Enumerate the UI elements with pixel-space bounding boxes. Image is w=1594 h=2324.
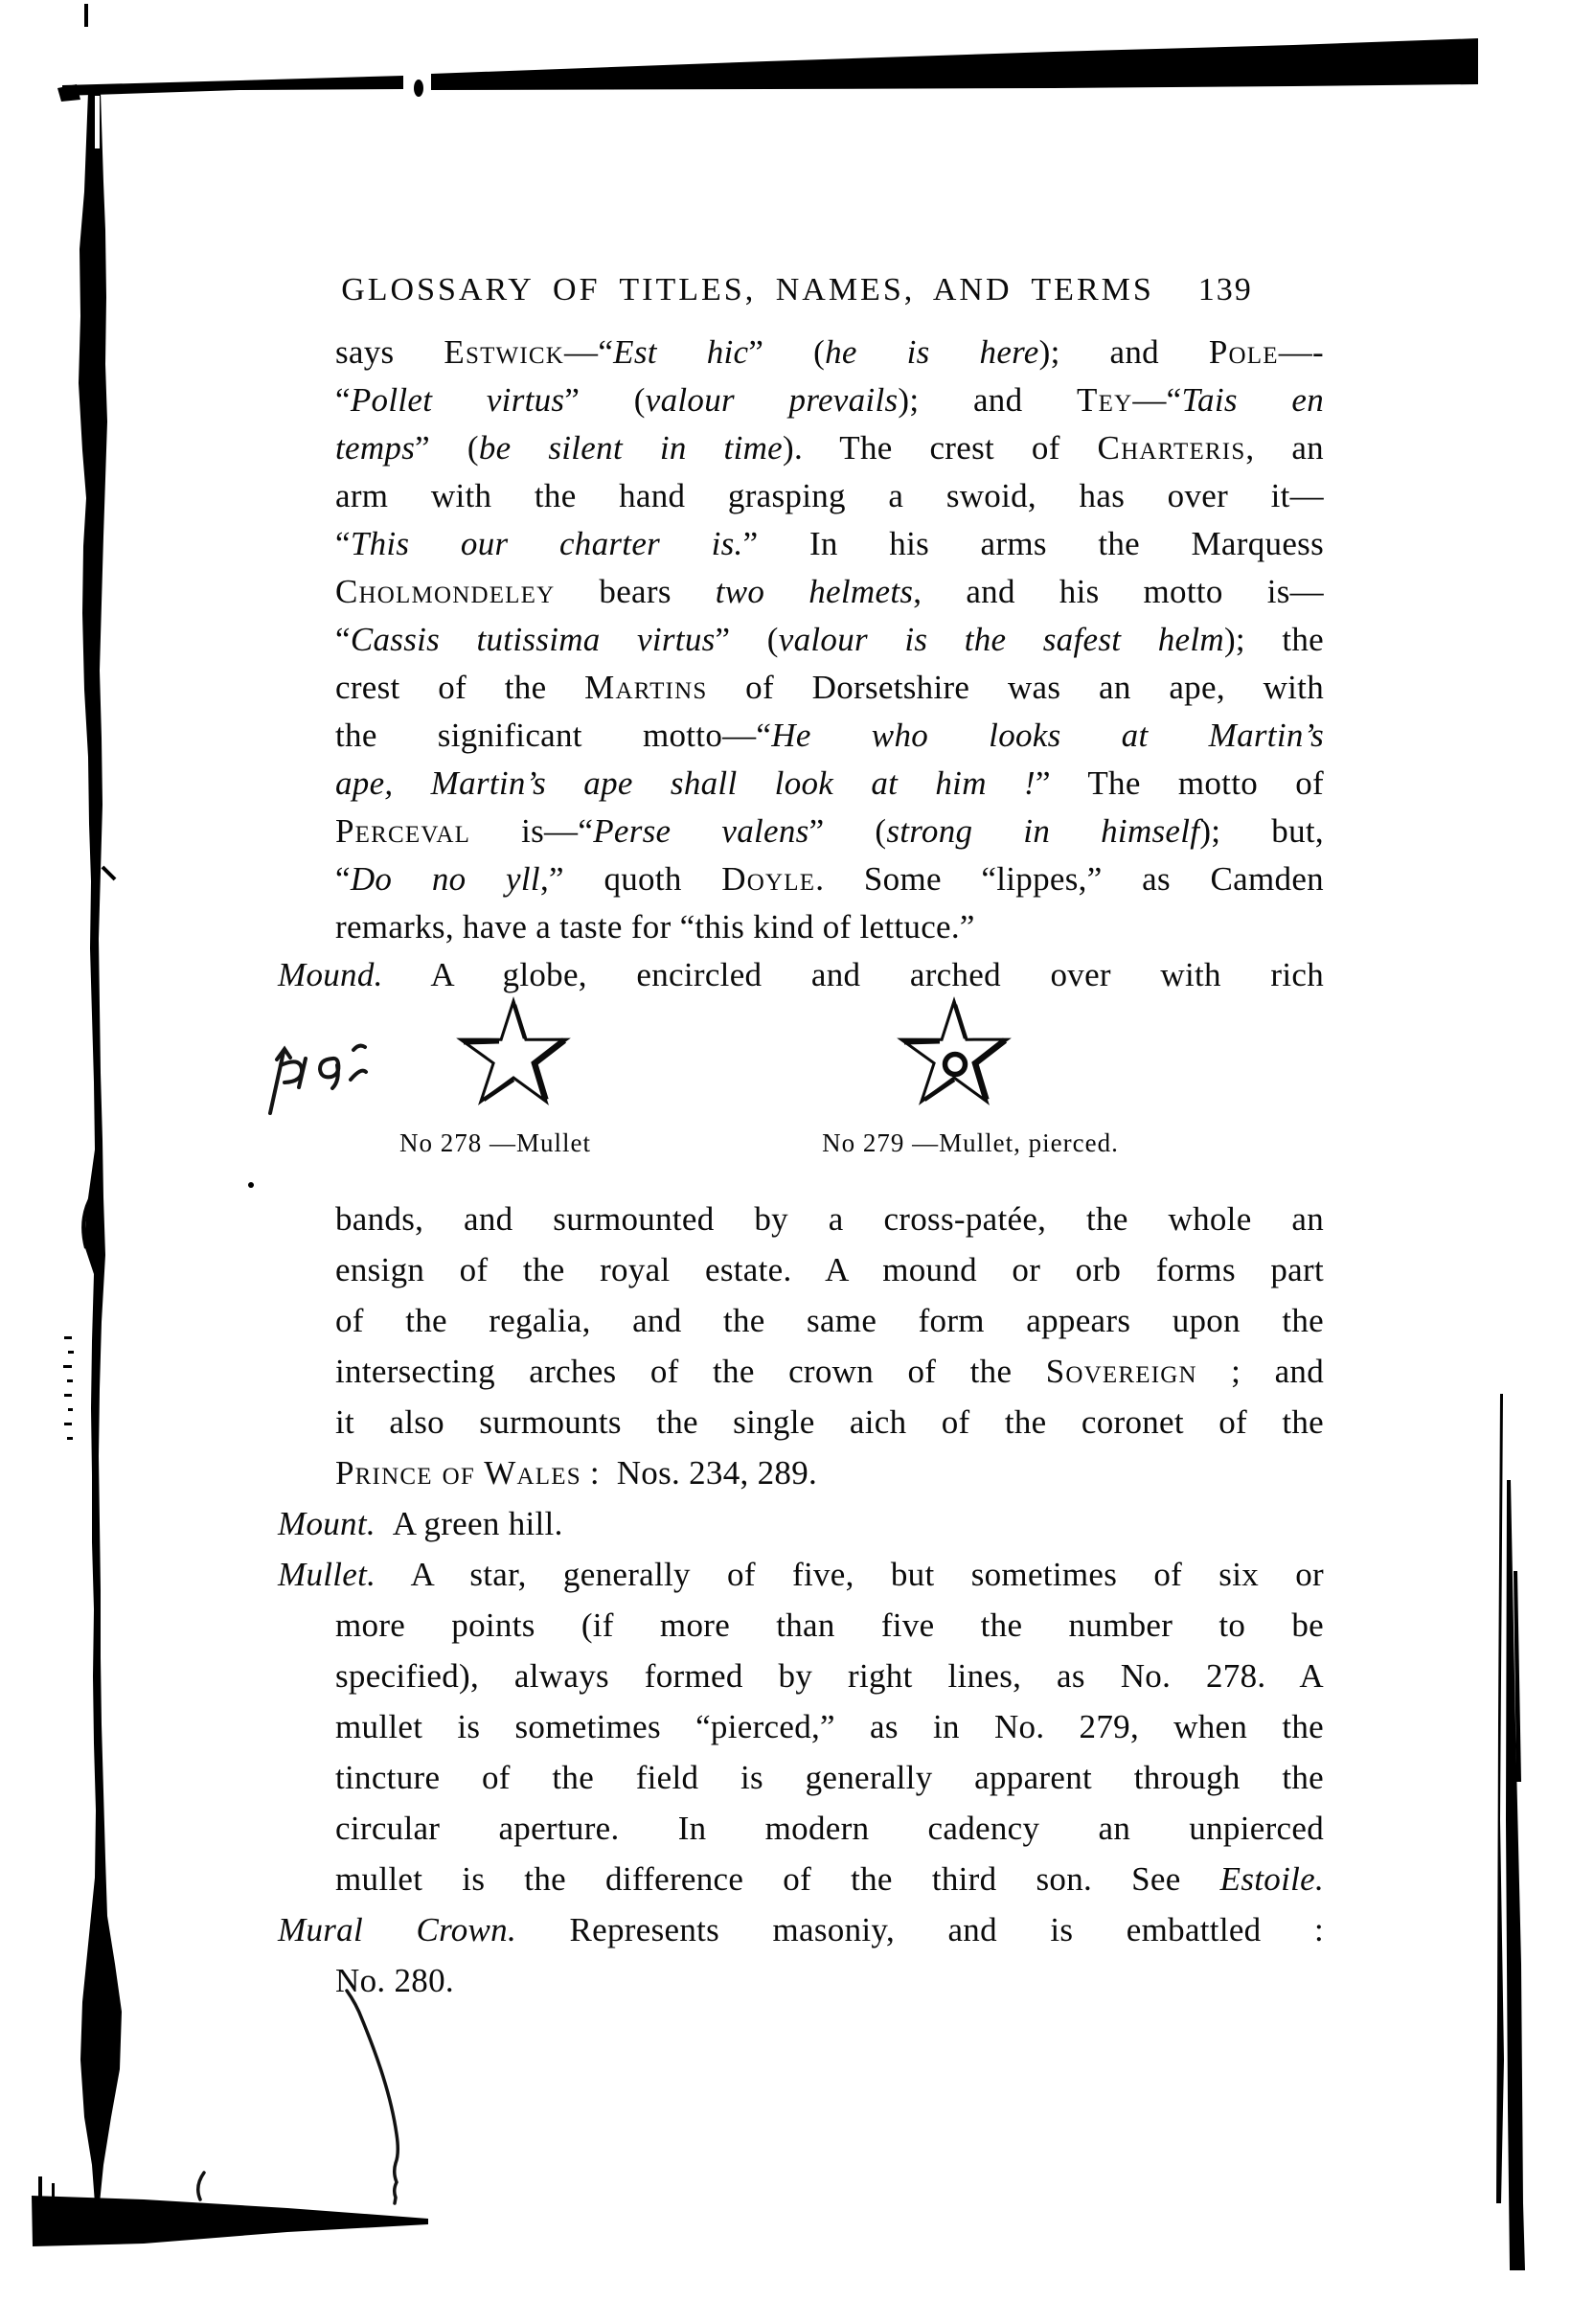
- running-head: GLOSSARY OF TITLES, NAMES, AND TERMS139: [274, 272, 1320, 308]
- scanned-book-page: GLOSSARY OF TITLES, NAMES, AND TERMS139 …: [0, 0, 1594, 2324]
- text-line: Perceval is—“Perse valens” (strong in hi…: [278, 814, 1324, 862]
- paragraph-block-top: says Estwick—“Est hic” (he is here); and…: [278, 335, 1324, 1006]
- text-line: “This our charter is.” In his arms the M…: [278, 527, 1324, 575]
- text-line: Prince of Wales : Nos. 234, 289.: [278, 1456, 1324, 1507]
- text-line: temps” (be silent in time). The crest of…: [278, 431, 1324, 479]
- scan-artifact-right-streaks: [1496, 1394, 1525, 2270]
- scan-artifact-margin-dashes: [63, 1182, 254, 1440]
- text-line: “Cassis tutissima virtus” (valour is the…: [278, 623, 1324, 671]
- text-line: Mullet. A star, generally of five, but s…: [278, 1558, 1324, 1608]
- scan-artifact-left-gutter: [79, 92, 122, 2203]
- mullet-star-icon: [461, 1001, 566, 1102]
- paragraph-block-bottom: bands, and surmounted by a cross-patée, …: [278, 1202, 1324, 2015]
- text-line: intersecting arches of the crown of the …: [278, 1355, 1324, 1405]
- text-line: bands, and surmounted by a cross-patée, …: [278, 1202, 1324, 1253]
- text-line: circular aperture. In modern cadency an …: [278, 1811, 1324, 1862]
- text-line: No. 280.: [278, 1964, 1324, 2015]
- text-line: remarks, have a taste for “this kind of …: [278, 910, 1324, 958]
- text-line: specified), always formed by right lines…: [278, 1659, 1324, 1710]
- figure-caption-mullet-pierced: No 279 —Mullet, pierced.: [793, 1128, 1148, 1158]
- text-line: it also surmounts the single aich of the…: [278, 1405, 1324, 1456]
- text-line: mullet is sometimes “pierced,” as in No.…: [278, 1710, 1324, 1761]
- text-line: mullet is the difference of the third so…: [278, 1862, 1324, 1913]
- text-line: ensign of the royal estate. A mound or o…: [278, 1253, 1324, 1304]
- text-line: Cholmondeley bears two helmets, and his …: [278, 575, 1324, 623]
- text-line: crest of the Martins of Dorsetshire was …: [278, 671, 1324, 718]
- mullet-pierced-star-icon: [901, 1001, 1007, 1102]
- text-line: “Pollet virtus” (valour prevails); and T…: [278, 383, 1324, 431]
- figure-caption-mullet: No 278 —Mullet: [356, 1128, 634, 1158]
- text-line: Mural Crown. Represents masoniy, and is …: [278, 1913, 1324, 1964]
- scan-artifact-top-wedge: [57, 4, 1478, 102]
- pierced-hole: [945, 1055, 966, 1075]
- page-number: 139: [1198, 272, 1253, 308]
- pencil-note-handwriting: [270, 1046, 366, 1113]
- scan-artifact-bottom-wedge: [32, 2176, 428, 2246]
- text-line: more points (if more than five the numbe…: [278, 1608, 1324, 1659]
- page-title: GLOSSARY OF TITLES, NAMES, AND TERMS: [341, 272, 1154, 308]
- text-line: ape, Martin’s ape shall look at him !” T…: [278, 766, 1324, 814]
- text-line: of the regalia, and the same form appear…: [278, 1304, 1324, 1355]
- text-line: “Do no yll,” quoth Doyle. Some “lippes,”…: [278, 862, 1324, 910]
- text-line: Mount. A green hill.: [278, 1507, 1324, 1558]
- text-line: Mound. A globe, encircled and arched ove…: [278, 958, 1324, 1006]
- text-line: arm with the hand grasping a swoid, has …: [278, 479, 1324, 527]
- text-line: the significant motto—“He who looks at M…: [278, 718, 1324, 766]
- pen-squiggle-line: [198, 1991, 398, 2203]
- text-line: tincture of the field is generally appar…: [278, 1761, 1324, 1811]
- text-line: says Estwick—“Est hic” (he is here); and…: [278, 335, 1324, 383]
